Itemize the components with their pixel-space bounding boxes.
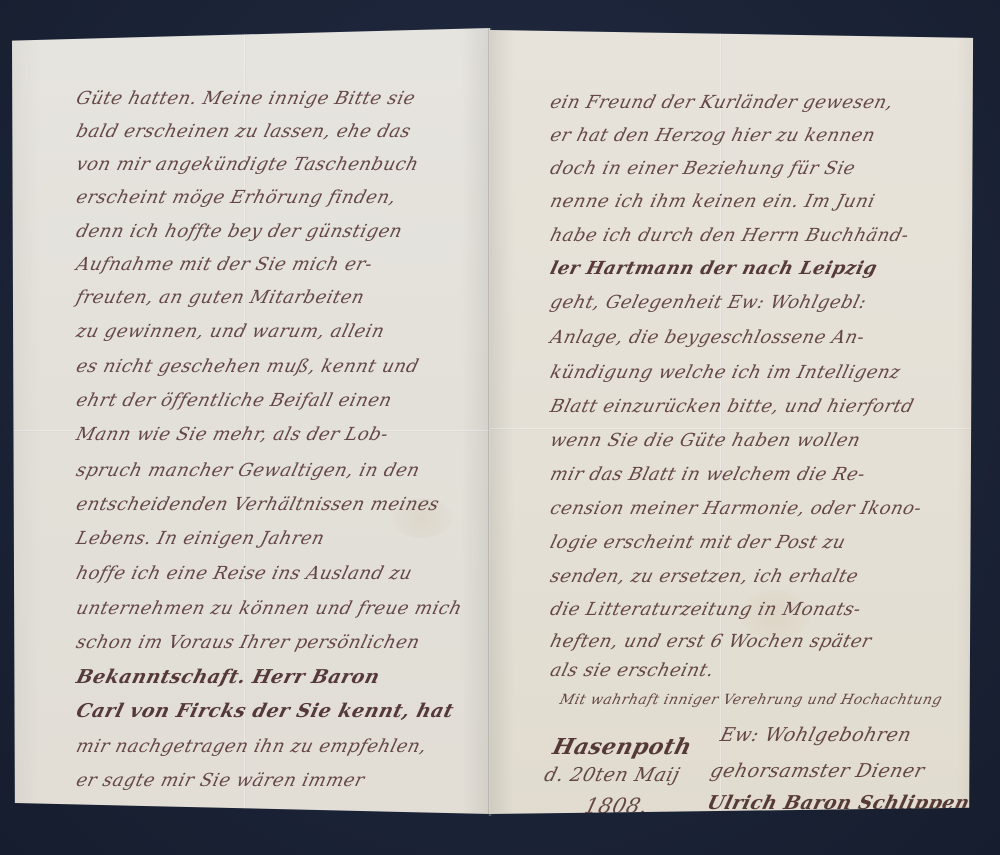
handwriting-line: habe ich durch den Herrn Buchhänd- — [548, 225, 911, 246]
handwriting-line: geht, Gelegenheit Ew: Wohlgebl: — [548, 292, 869, 313]
handwriting-line: er hat den Herzog hier zu kennen — [548, 125, 878, 146]
handwriting-line: logie erscheint mit der Post zu — [548, 532, 848, 553]
closing-line: Mit wahrhaft inniger Verehrung und Hocha… — [558, 692, 944, 708]
handwriting-line: spruch mancher Gewaltigen, in den — [74, 460, 422, 481]
handwriting-line: ein Freund der Kurländer gewesen, — [548, 92, 895, 113]
handwriting-line: Lebens. In einigen Jahren — [74, 528, 327, 549]
place-name: Hasenpoth — [550, 734, 695, 760]
letter-page-left: Güte hatten. Meine innige Bitte sie bald… — [12, 28, 490, 814]
handwriting-line: Blatt einzurücken bitte, und hierfortd — [548, 396, 916, 417]
handwriting-line: Carl von Fircks der Sie kennt, hat — [74, 700, 456, 722]
handwriting-line: als sie erscheint. — [548, 660, 716, 681]
handwriting-line: schon im Voraus Ihrer persönlichen — [74, 632, 422, 653]
date-line: d. 20ten Maij — [542, 764, 682, 786]
handwriting-line: mir nachgetragen ihn zu empfehlen, — [74, 736, 429, 757]
handwriting-line: er sagte mir Sie wären immer — [74, 770, 367, 791]
handwriting-line: entscheidenden Verhältnissen meines — [74, 494, 441, 515]
handwriting-line: wenn Sie die Güte haben wollen — [548, 430, 863, 451]
handwriting-line: Mann wie Sie mehr, als der Lob- — [74, 424, 391, 445]
handwriting-line: Bekanntschaft. Herr Baron — [74, 666, 382, 688]
handwriting-line: Anlage, die beygeschlossene An- — [548, 327, 867, 348]
handwriting-line: von mir angekündigte Taschenbuch — [74, 154, 421, 175]
handwriting-line: hoffe ich eine Reise ins Ausland zu — [74, 563, 415, 584]
salutation-line-2: gehorsamster Diener — [708, 760, 927, 782]
handwriting-line: senden, zu ersetzen, ich erhalte — [548, 566, 861, 587]
handwriting-line: kündigung welche ich im Intelligenz — [548, 362, 903, 383]
handwriting-line: unternehmen zu können und freue mich — [74, 598, 464, 619]
handwriting-line: Aufnahme mit der Sie mich er- — [74, 254, 375, 275]
handwriting-line: zu gewinnen, und warum, allein — [74, 321, 387, 342]
handwriting-line: cension meiner Harmonie, oder Ikono- — [548, 498, 924, 519]
handwriting-line: die Litteraturzeitung in Monats- — [548, 599, 863, 620]
handwriting-line: denn ich hoffte bey der günstigen — [74, 221, 405, 242]
handwriting-line: doch in einer Beziehung für Sie — [548, 158, 858, 179]
handwriting-line: bald erscheinen zu lassen, ehe das — [74, 121, 413, 142]
handwriting-line: Güte hatten. Meine innige Bitte sie — [74, 88, 418, 109]
handwriting-line: nenne ich ihm keinen ein. Im Juni — [548, 191, 877, 212]
fold-crease-vertical — [244, 28, 246, 814]
handwriting-line: erscheint möge Erhörung finden, — [74, 187, 398, 208]
year: 1808. — [582, 794, 651, 814]
handwriting-line: mir das Blatt in welchem die Re- — [548, 464, 867, 485]
salutation-line-1: Ew: Wohlgebohren — [718, 724, 914, 746]
handwriting-line: es nicht geschehen muß, kennt und — [74, 356, 421, 377]
handwriting-line: heften, und erst 6 Wochen später — [548, 631, 874, 652]
handwriting-line: ehrt der öffentliche Beifall einen — [74, 390, 394, 411]
handwriting-line: ler Hartmann der nach Leipzig — [548, 258, 879, 279]
handwriting-line: freuten, an guten Mitarbeiten — [74, 287, 367, 308]
letter-page-right: ein Freund der Kurländer gewesen, er hat… — [490, 30, 976, 814]
